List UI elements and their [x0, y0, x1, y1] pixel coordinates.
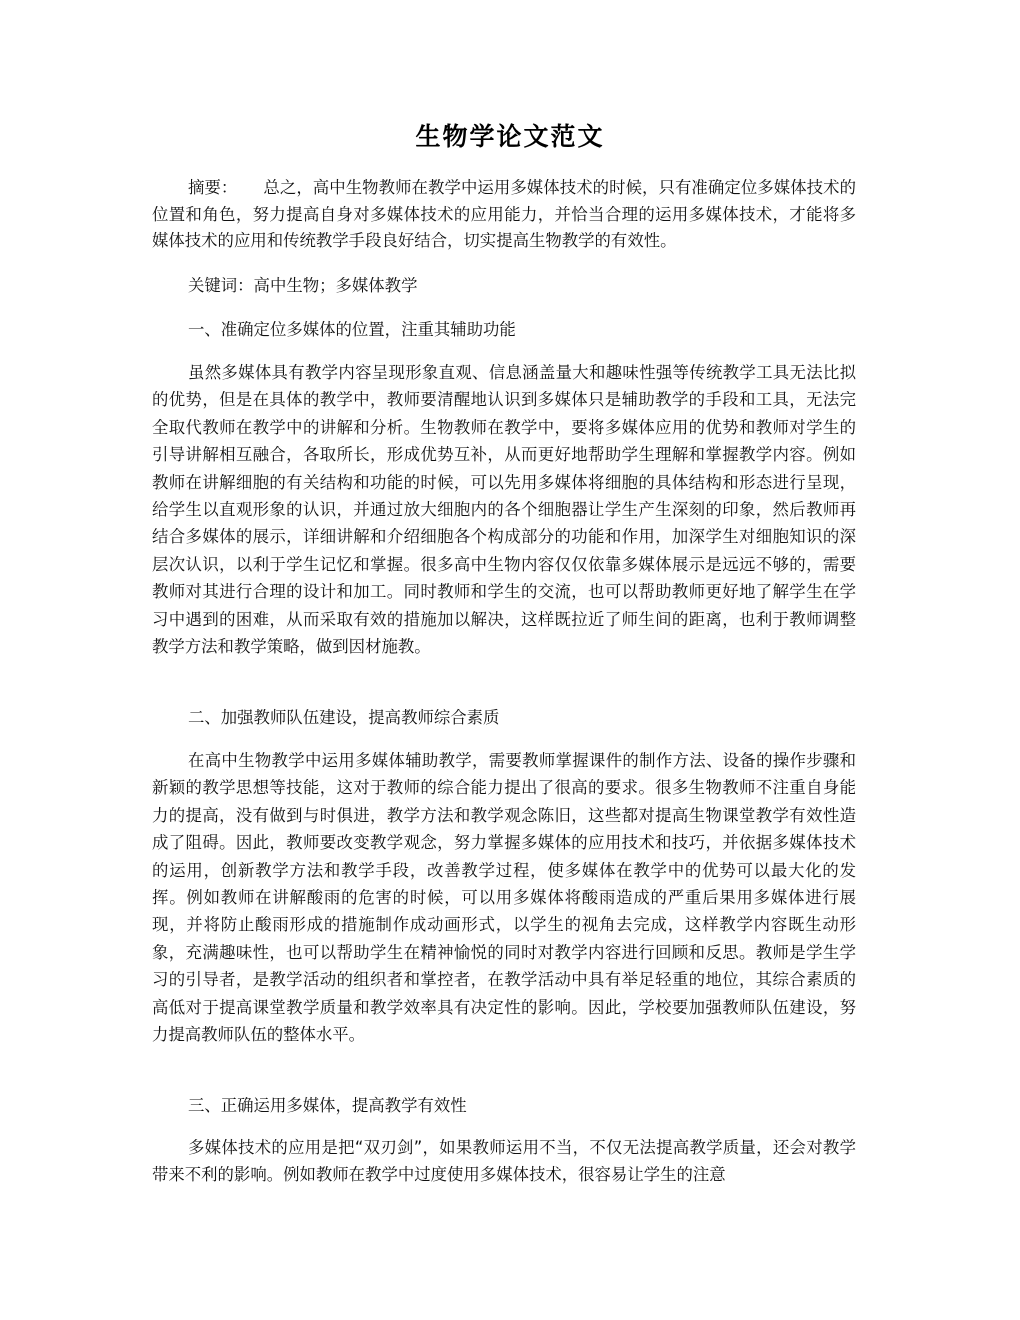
section-heading-2: 二、加强教师队伍建设，提高教师综合素质	[188, 705, 499, 731]
abstract-text: 总之，高中生物教师在教学中运用多媒体技术的时候，只有准确定位多媒体技术的位置和角…	[152, 178, 856, 250]
abstract-label: 摘要：	[188, 178, 237, 197]
section-paragraph-2: 在高中生物教学中运用多媒体辅助教学，需要教师掌握课件的制作方法、设备的操作步骤和…	[152, 747, 856, 1048]
document-title: 生物学论文范文	[152, 120, 868, 154]
keywords: 关键词：高中生物；多媒体教学	[188, 273, 417, 299]
section-paragraph-3: 多媒体技术的应用是把“双刃剑”，如果教师运用不当，不仅无法提高教学质量，还会对教…	[152, 1135, 856, 1188]
abstract-paragraph: 摘要：总之，高中生物教师在教学中运用多媒体技术的时候，只有准确定位多媒体技术的位…	[152, 175, 856, 255]
section-paragraph-1: 虽然多媒体具有教学内容呈现形象直观、信息涵盖量大和趣味性强等传统教学工具无法比拟…	[152, 359, 856, 660]
section-heading-1: 一、准确定位多媒体的位置，注重其辅助功能	[188, 317, 516, 343]
section-heading-3: 三、正确运用多媒体，提高教学有效性	[188, 1093, 467, 1119]
